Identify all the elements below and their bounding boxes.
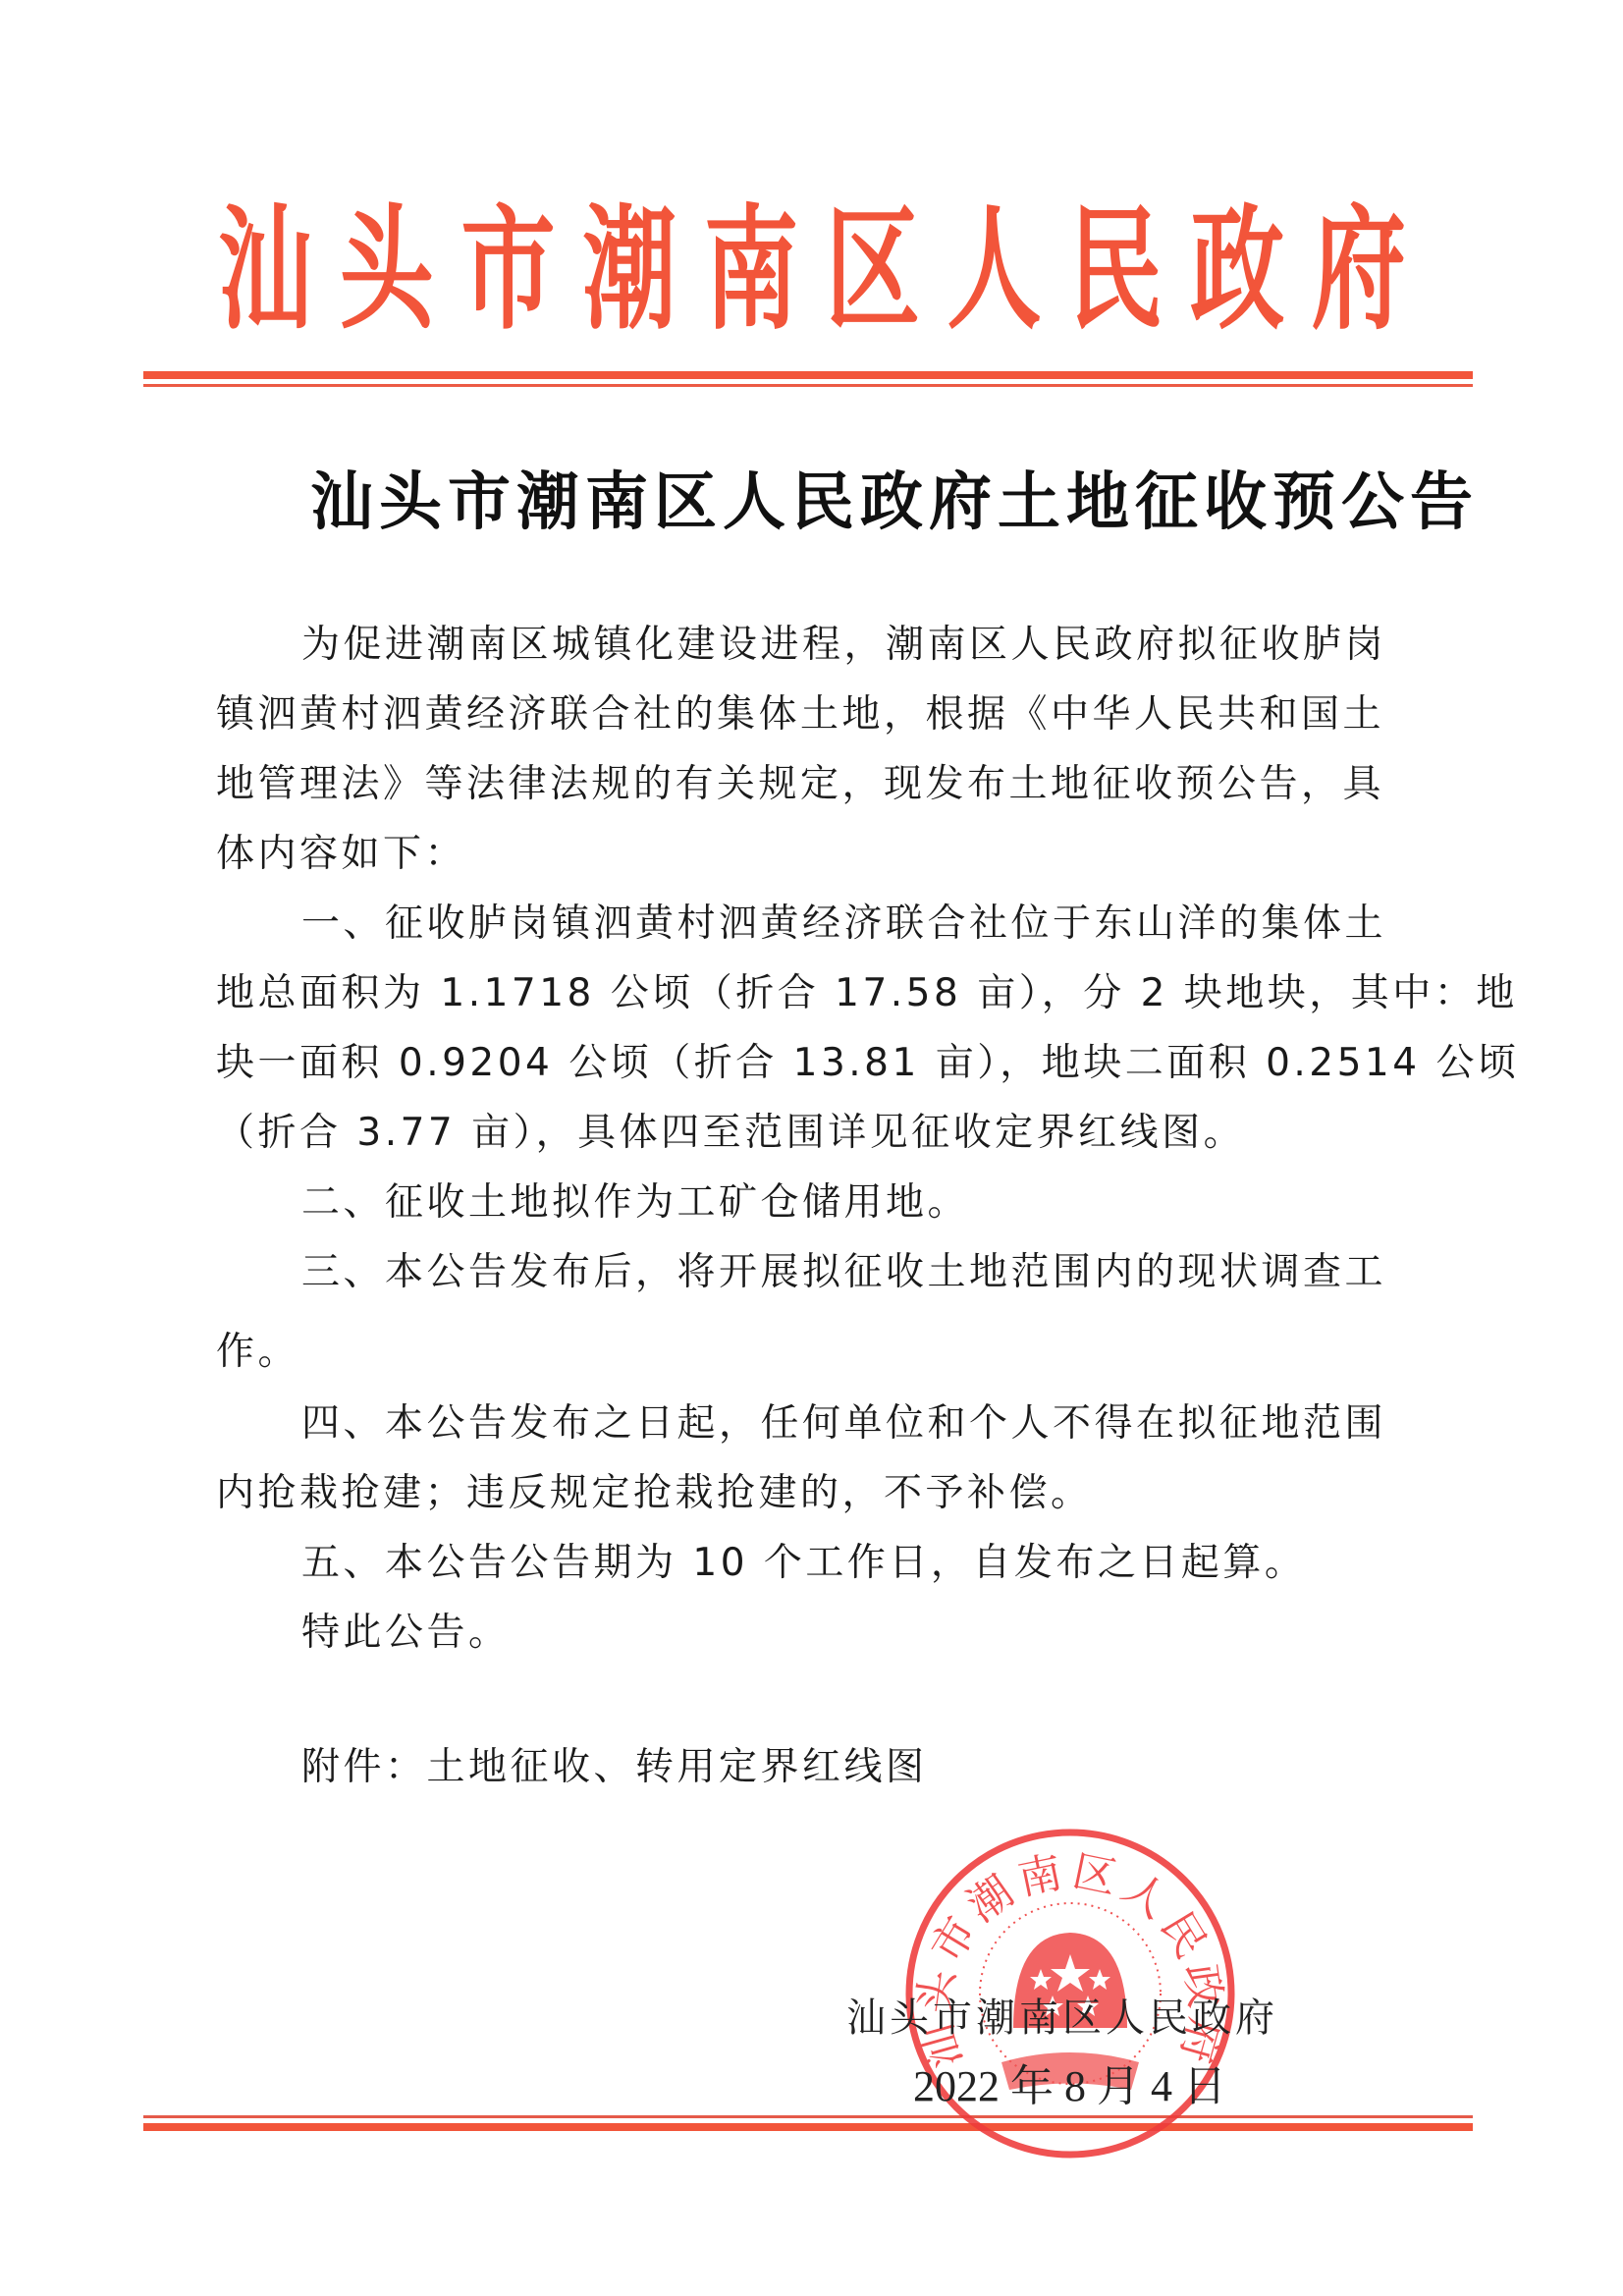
attachment-line: 附件：土地征收、转用定界红线图 (301, 1732, 1529, 1802)
clause-3-line: 三、本公告发布后，将开展拟征收土地范围内的现状调查工 (301, 1237, 1529, 1307)
letterhead-char: 头 (340, 173, 434, 368)
letterhead-char: 府 (1312, 173, 1406, 368)
letterhead-char: 区 (826, 173, 920, 368)
clause-1-line: 块一面积 0.9204 公顷（折合 13.81 亩），地块二面积 0.2514 … (216, 1028, 1443, 1098)
letterhead-char: 市 (461, 173, 556, 368)
letterhead-char: 民 (1068, 173, 1163, 368)
paragraph-line: 为促进潮南区城镇化建设进程，潮南区人民政府拟征收胪岗 (301, 610, 1529, 680)
clause-3-line: 作。 (216, 1317, 1443, 1387)
paragraph-line: 镇泗黄村泗黄经济联合社的集体土地，根据《中华人民共和国土 (216, 680, 1443, 749)
footer-rule-thin (143, 2115, 1473, 2118)
clause-2-line: 二、征收土地拟作为工矿仓储用地。 (301, 1168, 1529, 1237)
header-rule-thin (143, 384, 1473, 387)
closing-line: 特此公告。 (301, 1598, 1529, 1667)
clause-5-line: 五、本公告公告期为 10 个工作日，自发布之日起算。 (301, 1528, 1529, 1598)
letterhead-title: 汕 头 市 潮 南 区 人 民 政 府 (218, 201, 1406, 339)
letterhead-char: 南 (704, 173, 798, 368)
letterhead-char: 人 (947, 173, 1042, 368)
clause-4-line: 内抢栽抢建；违反规定抢栽抢建的，不予补偿。 (216, 1458, 1443, 1528)
clause-4-line: 四、本公告发布之日起，任何单位和个人不得在拟征地范围 (301, 1389, 1529, 1458)
document-title: 汕头市潮南区人民政府土地征收预公告 (310, 467, 1331, 538)
clause-1-line: 一、征收胪岗镇泗黄村泗黄经济联合社位于东山洋的集体土 (301, 889, 1529, 958)
clause-1-line: 地总面积为 1.1718 公顷（折合 17.58 亩），分 2 块地块，其中：地 (216, 958, 1443, 1028)
issue-date: 2022 年 8 月 4 日 (913, 2057, 1227, 2116)
clause-1-line: （折合 3.77 亩），具体四至范围详见征收定界红线图。 (216, 1098, 1443, 1168)
header-rule-thick (143, 371, 1473, 379)
letterhead-char: 潮 (582, 173, 676, 368)
footer-rule-thick (143, 2123, 1473, 2131)
paragraph-line: 体内容如下： (216, 819, 1443, 889)
paragraph-line: 地管理法》等法律法规的有关规定，现发布土地征收预公告，具 (216, 749, 1443, 819)
letterhead-char: 汕 (218, 173, 312, 368)
letterhead-char: 政 (1190, 173, 1284, 368)
document-page: 汕 头 市 潮 南 区 人 民 政 府 汕头市潮南区人民政府土地征收预公告 为促… (0, 0, 1623, 2296)
issuer-signature: 汕头市潮南区人民政府 (846, 1989, 1278, 2048)
